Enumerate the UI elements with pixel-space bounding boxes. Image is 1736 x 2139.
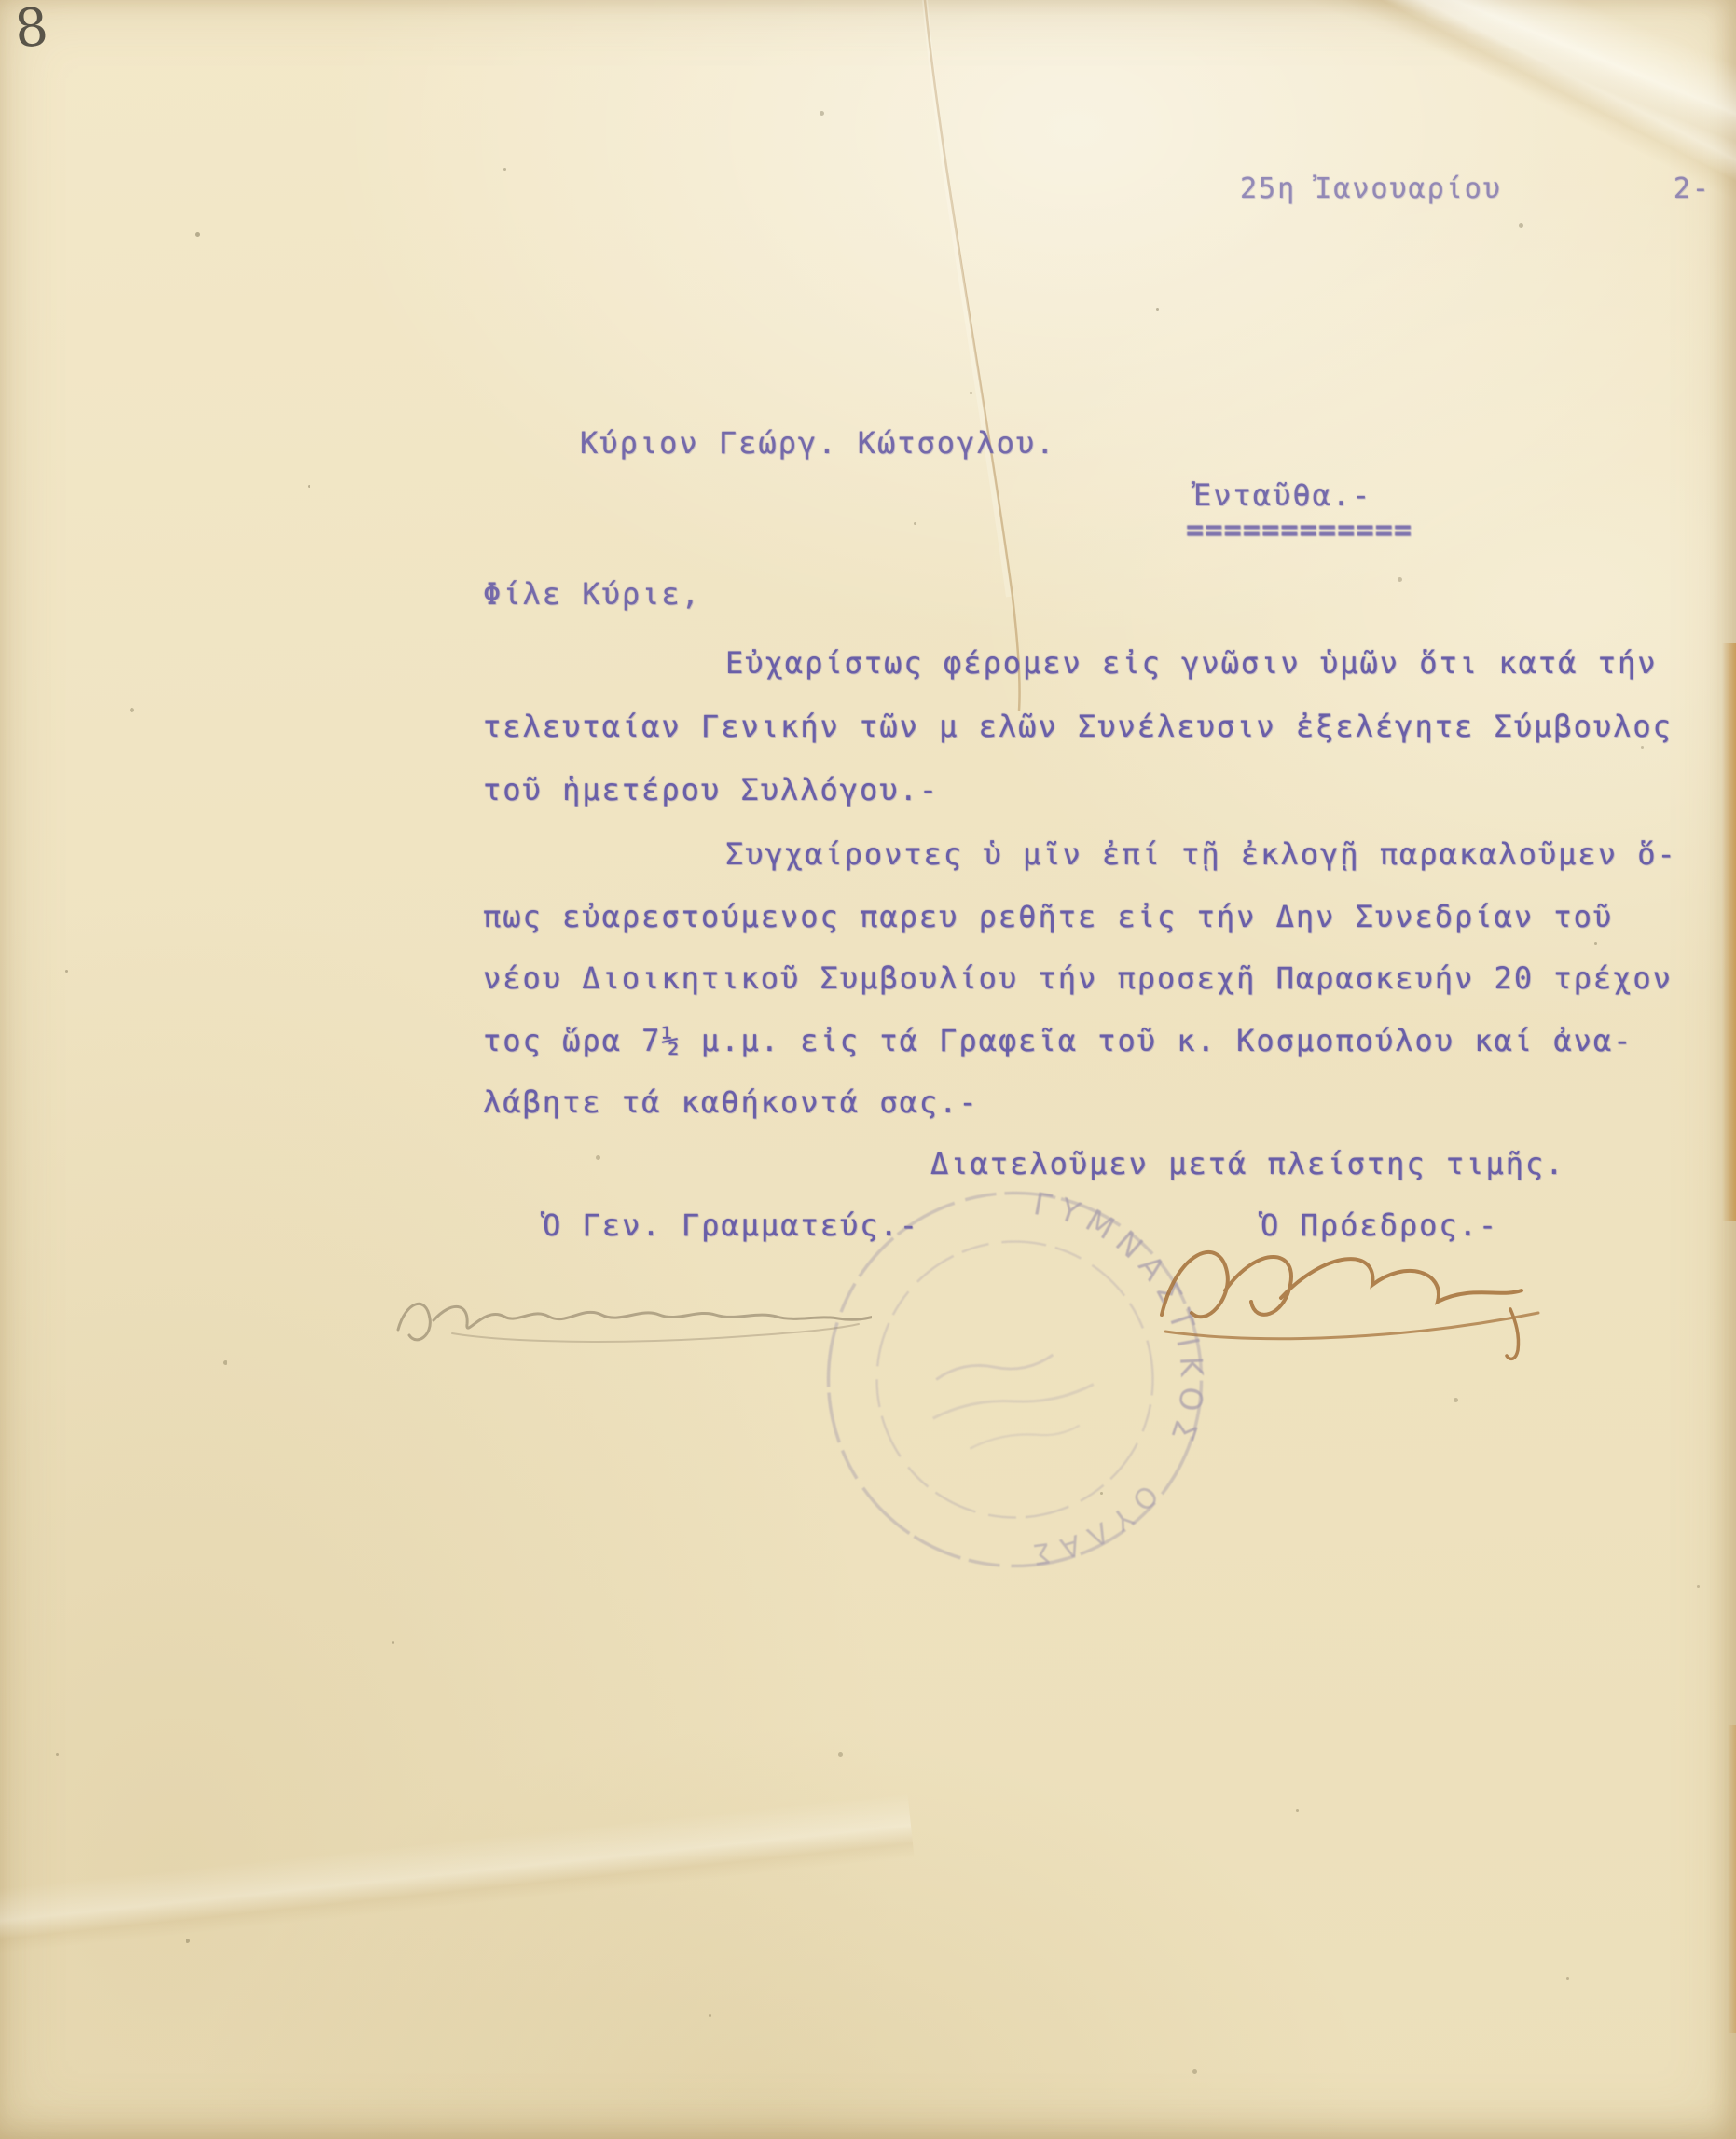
stamp-arc-text-bottom: ΟΥΛΑΣ <box>1013 1474 1173 1573</box>
paper-speckles <box>0 0 3 3</box>
paper-fold-crease <box>761 0 1736 305</box>
body-line: Εὐχαρίστως φέρομεν εἰς γνῶσιν ὑμῶν ὅτι κ… <box>725 647 1657 680</box>
svg-text:ΟΥΛΑΣ: ΟΥΛΑΣ <box>1013 1474 1173 1573</box>
body-line: τελευταίαν Γενικήν τῶν μ ελῶν Συνέλευσιν… <box>483 711 1673 743</box>
paper-fold-crease <box>0 1793 915 1966</box>
recipient-line: Κύριον Γεώργ. Κώτσογλου. <box>580 427 1055 460</box>
body-line: πως εὐαρεστούμενος παρευ ρεθῆτε εἰς τήν … <box>483 901 1613 933</box>
round-seal-stamp: ΓΥΜΝΑΣΤΙΚΟΣ ΟΥΛΑΣ <box>769 1134 1261 1626</box>
body-line: τοῦ ἡμετέρου Συλλόγου.- <box>483 774 939 807</box>
scanned-letter-page: 8 25η Ἰανουαρίου 2- Κύριον Γεώργ. Κώτσογ… <box>0 0 1736 2139</box>
paper-edge-discoloration <box>1722 643 1736 1221</box>
salutation-line: Φίλε Κύριε, <box>483 578 701 611</box>
place-underline: ============ <box>1186 514 1412 546</box>
body-line: λάβητε τά καθήκοντά σας.- <box>483 1086 979 1119</box>
handwritten-page-number: 8 <box>12 0 50 60</box>
date-day-month: 25η Ἰανουαρίου <box>1240 173 1502 204</box>
body-line: τος ὥρα 7½ μ.μ. εἰς τά Γραφεῖα τοῦ κ. Κο… <box>483 1025 1633 1057</box>
paper-edge-discoloration <box>1728 1725 1736 2033</box>
date-line: 25η Ἰανουαρίου 2- <box>1240 173 1711 204</box>
paper-crease-lines <box>0 0 1736 2139</box>
president-signature <box>1139 1223 1550 1363</box>
body-line: Συγχαίροντες ὑ μῖν ἐπί τῇ ἐκλογῇ παρακαλ… <box>725 838 1677 871</box>
secretary-signature <box>387 1276 872 1359</box>
place-line: Ἐνταῦθα.- <box>1193 479 1371 512</box>
body-line: νέου Διοικητικοῦ Συμβουλίου τήν προσεχῆ … <box>483 962 1673 995</box>
date-year: 2- <box>1674 173 1711 204</box>
